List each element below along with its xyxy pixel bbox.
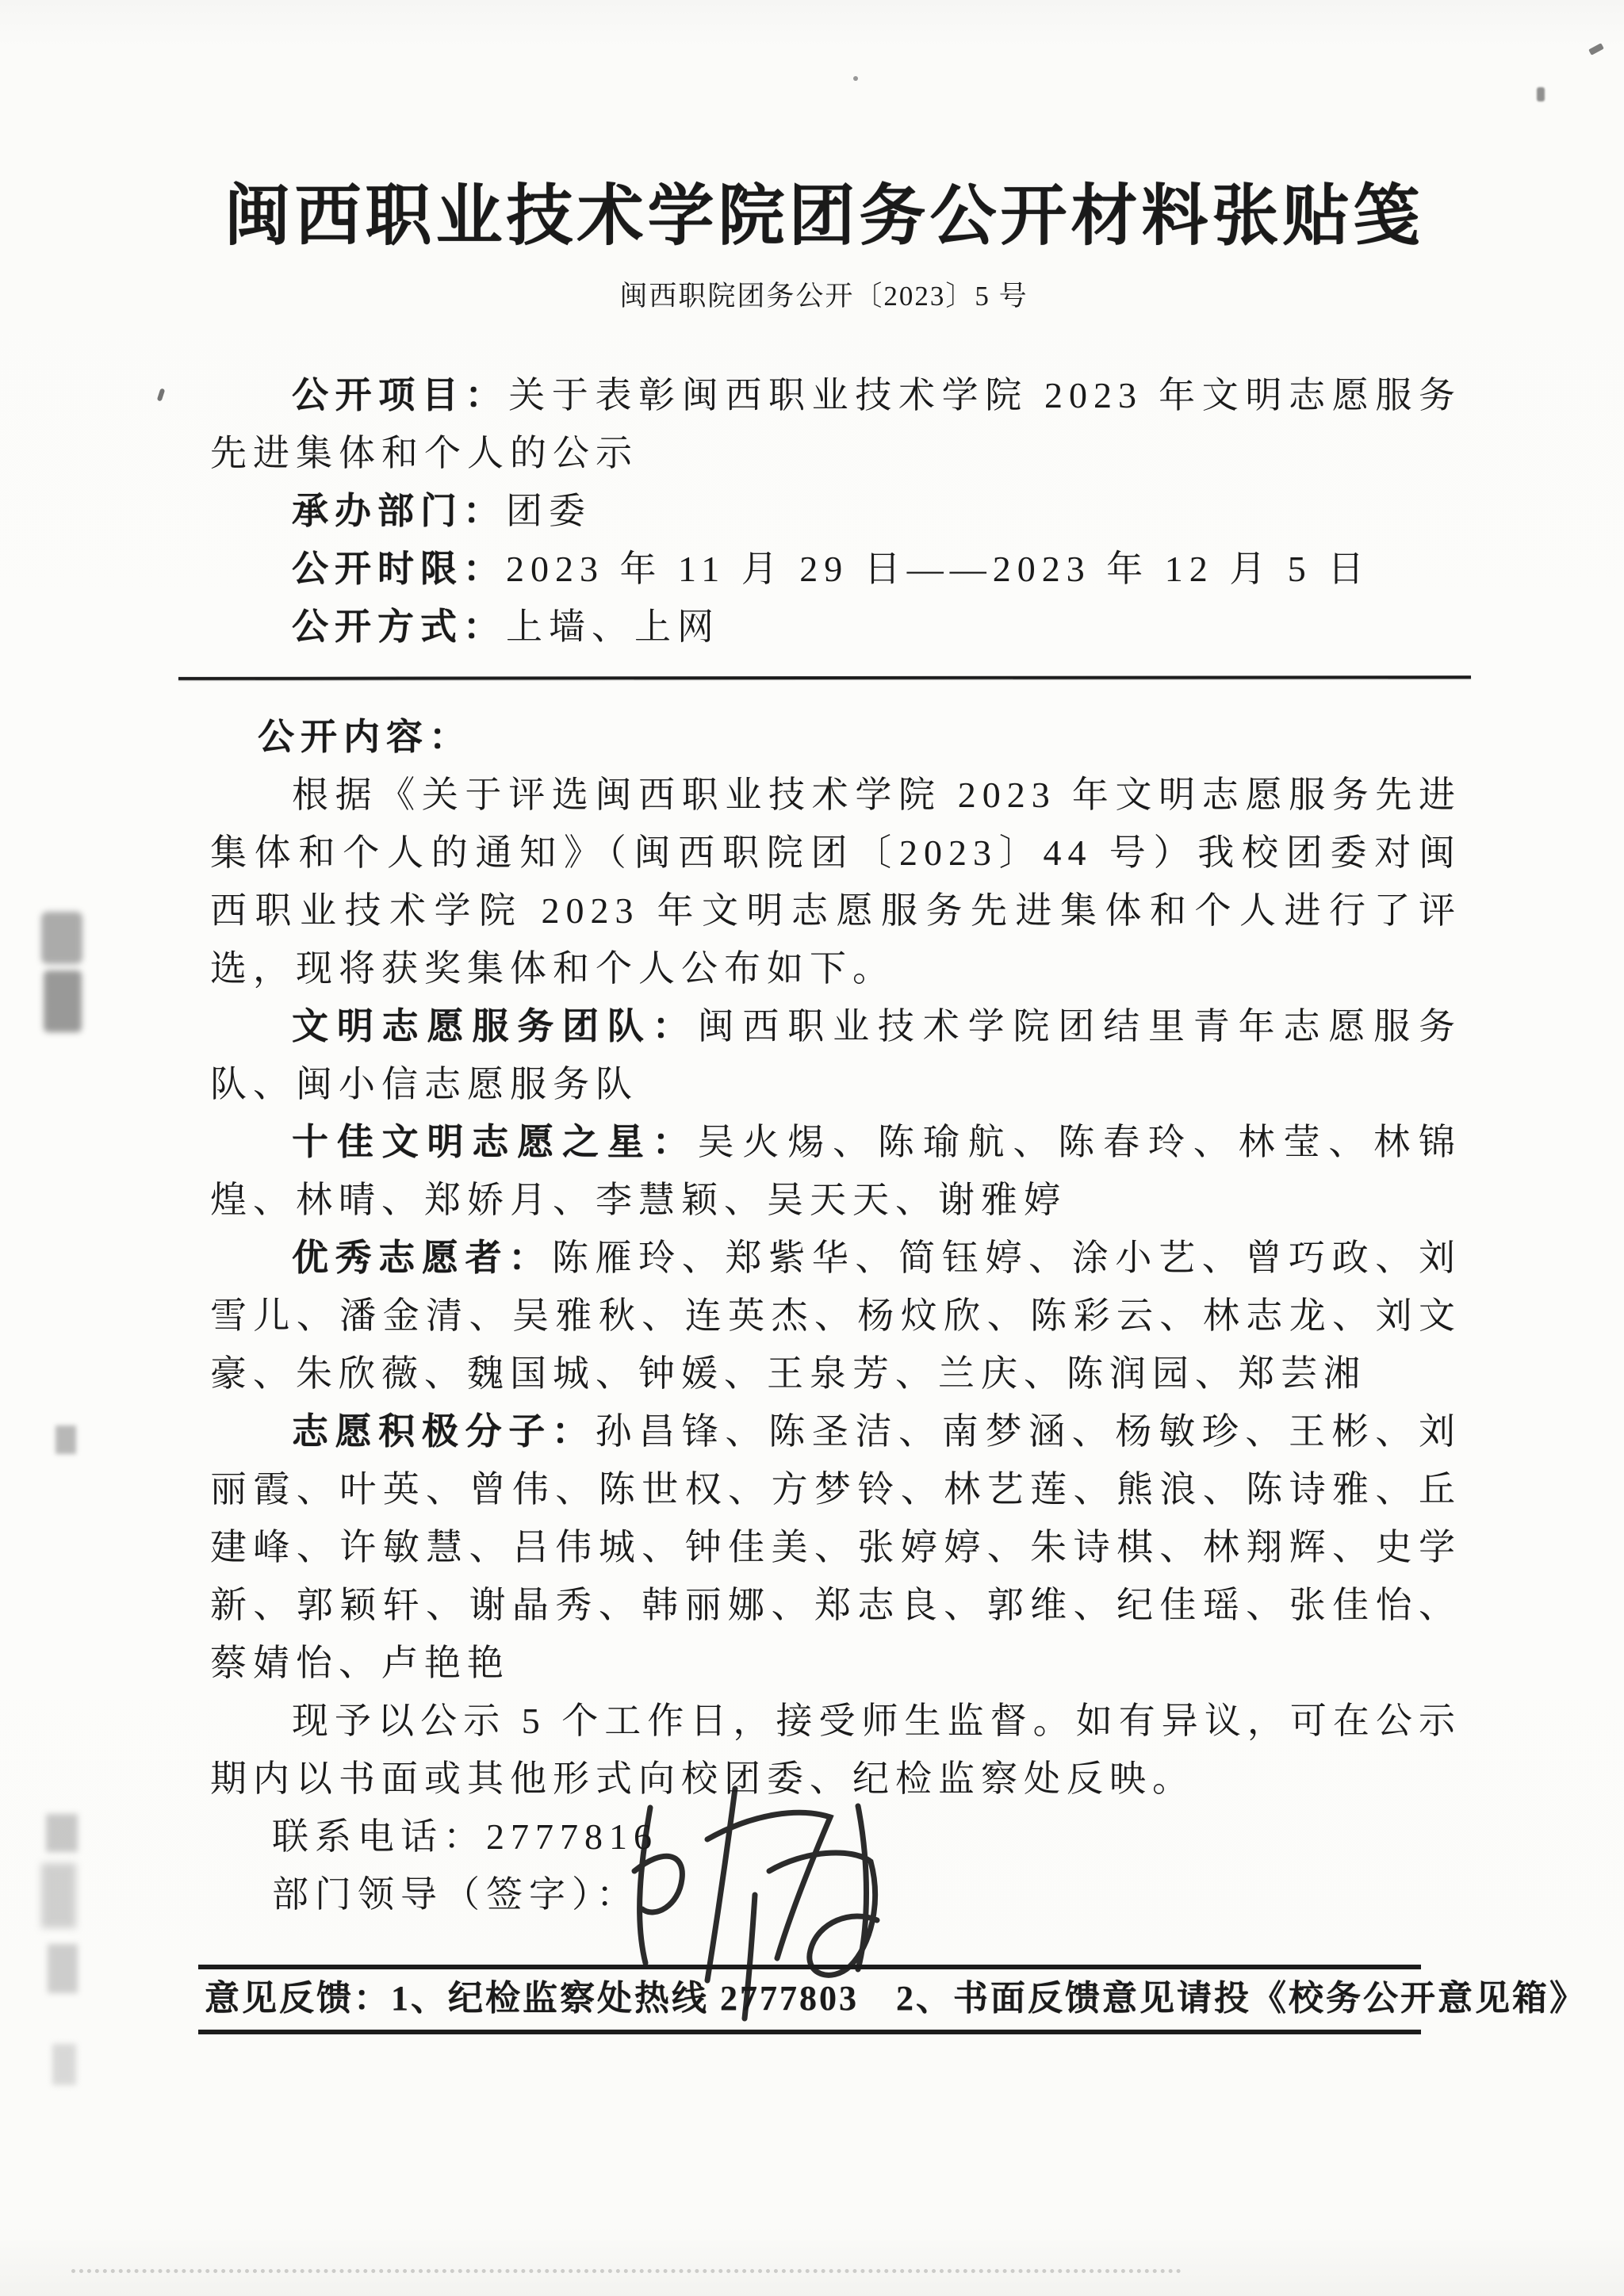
field-department: 承办部门：团委 (210, 482, 1461, 540)
field-project-label: 公开项目： (292, 375, 508, 415)
field-department-label: 承办部门： (292, 491, 506, 531)
award-activists: 志愿积极分子：孙昌锋、陈圣洁、南梦涵、杨敏珍、王彬、刘丽霞、叶英、曾伟、陈世权、… (210, 1402, 1461, 1692)
award-activists-label: 志愿积极分子： (292, 1411, 596, 1452)
award-activists-value: 孙昌锋、陈圣洁、南梦涵、杨敏珍、王彬、刘丽霞、叶英、曾伟、陈世权、方梦铃、林艺莲… (210, 1411, 1461, 1683)
content-intro: 根据《关于评选闽西职业技术学院 2023 年文明志愿服务先进集体和个人的通知》（… (210, 766, 1461, 997)
feedback-band: 意见反馈：1、纪检监察处热线 2777803 2、书面反馈意见请投《校务公开意见… (198, 1965, 1421, 2034)
award-stars-label: 十佳文明志愿之星： (292, 1122, 698, 1162)
award-stars: 十佳文明志愿之星：吴火焬、陈瑜航、陈春玲、林莹、林锦煌、林晴、郑娇月、李慧颖、吴… (210, 1113, 1461, 1229)
scan-smudge (48, 1944, 78, 1993)
leader-sign-label: 部门领导（签字）： (272, 1874, 639, 1915)
meta-section: 公开项目：关于表彰闽西职业技术学院 2023 年文明志愿服务先进集体和个人的公示… (210, 366, 1461, 656)
document-body: 闽西职业技术学院团务公开材料张贴笺 闽西职院团务公开〔2023〕5 号 公开项目… (0, 0, 1624, 1923)
field-project: 公开项目：关于表彰闽西职业技术学院 2023 年文明志愿服务先进集体和个人的公示 (210, 366, 1461, 482)
award-team: 文明志愿服务团队：闽西职业技术学院团结里青年志愿服务队、闽小信志愿服务队 (210, 997, 1461, 1113)
award-volunteers: 优秀志愿者：陈雁玲、郑紫华、简钰婷、涂小艺、曾巧政、刘雪儿、潘金清、吴雅秋、连英… (210, 1229, 1461, 1402)
field-method-value: 上墙、上网 (506, 607, 720, 647)
contact-phone-label: 联系电话： (272, 1816, 486, 1857)
field-method-label: 公开方式： (292, 607, 506, 647)
field-department-value: 团委 (506, 491, 592, 531)
scan-edge-noise (71, 2269, 1182, 2273)
field-method: 公开方式：上墙、上网 (210, 598, 1461, 656)
field-period: 公开时限：2023 年 11 月 29 日——2023 年 12 月 5 日 (210, 540, 1461, 598)
award-team-label: 文明志愿服务团队： (292, 1006, 698, 1047)
scanned-document-page: 闽西职业技术学院团务公开材料张贴笺 闽西职院团务公开〔2023〕5 号 公开项目… (0, 0, 1624, 2296)
scan-smudge (52, 2044, 76, 2085)
award-volunteers-label: 优秀志愿者： (292, 1238, 552, 1278)
content-heading: 公开内容： (210, 708, 1461, 766)
content-section: 公开内容： 根据《关于评选闽西职业技术学院 2023 年文明志愿服务先进集体和个… (210, 708, 1461, 1923)
field-period-label: 公开时限： (292, 549, 506, 589)
document-number: 闽西职院团务公开〔2023〕5 号 (186, 274, 1461, 314)
separator-line (178, 676, 1471, 681)
content-heading-label: 公开内容： (258, 717, 472, 757)
field-period-value: 2023 年 11 月 29 日——2023 年 12 月 5 日 (506, 549, 1370, 589)
feedback-text: 意见反馈：1、纪检监察处热线 2777803 2、书面反馈意见请投《校务公开意见… (205, 1977, 1416, 2020)
document-title: 闽西职业技术学院团务公开材料张贴笺 (186, 181, 1461, 254)
